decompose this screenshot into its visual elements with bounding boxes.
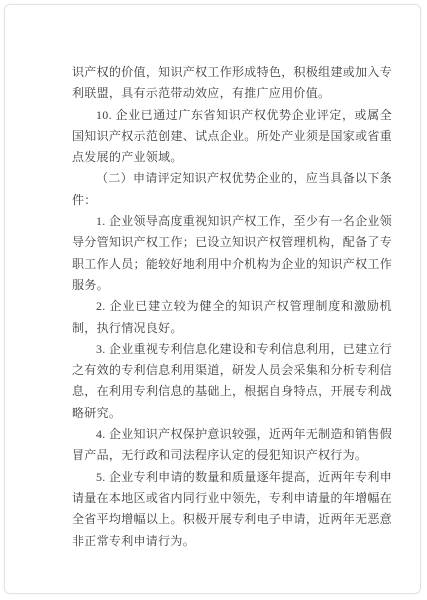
- paragraph: 1. 企业领导高度重视知识产权工作，至少有一名企业领导分管知识产权工作；已设立知…: [72, 211, 392, 296]
- paragraph: 3. 企业重视专利信息化建设和专利信息利用，已建立行之有效的专利信息利用渠道，研…: [72, 339, 392, 424]
- document-page: 识产权的价值，知识产权工作形成特色，积极组建或加入专利联盟，具有示范带动效应，有…: [4, 4, 421, 594]
- paragraph: 5. 企业专利申请的数量和质量逐年提高，近两年专利申请量在本地区或省内同行业中领…: [72, 467, 392, 552]
- paragraph: 4. 企业知识产权保护意识较强，近两年无制造和销售假冒产品，无行政和司法程序认定…: [72, 424, 392, 467]
- paragraph: （二）申请评定知识产权优势企业的，应当具备以下条件：: [72, 168, 392, 211]
- paragraph: 2. 企业已建立较为健全的知识产权管理制度和激励机制，执行情况良好。: [72, 296, 392, 339]
- document-content: 识产权的价值，知识产权工作形成特色，积极组建或加入专利联盟，具有示范带动效应，有…: [72, 62, 392, 552]
- paragraph: 识产权的价值，知识产权工作形成特色，积极组建或加入专利联盟，具有示范带动效应，有…: [72, 62, 392, 105]
- paragraph: 10. 企业已通过广东省知识产权优势企业评定，或属全国知识产权示范创建、试点企业…: [72, 105, 392, 169]
